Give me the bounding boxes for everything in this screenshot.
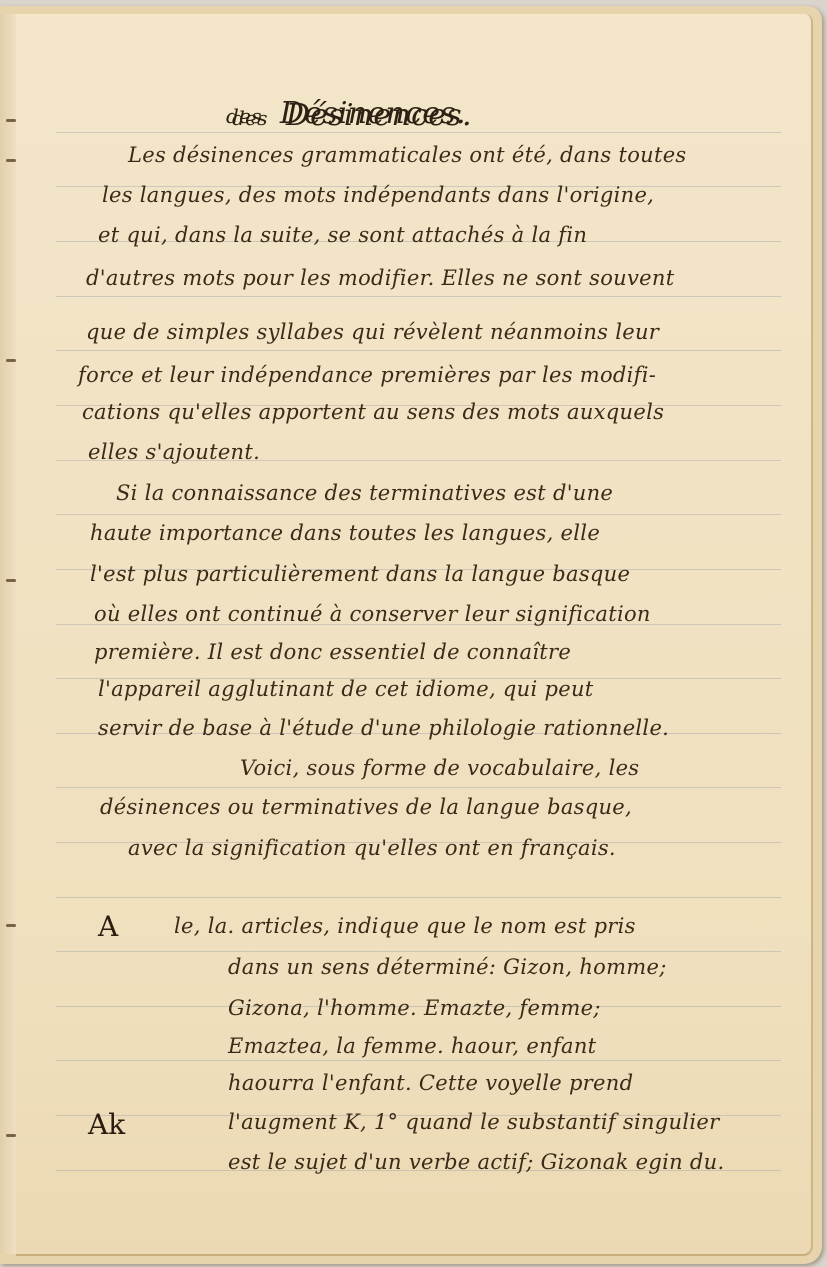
entry-a-line-2: dans un sens déterminé: Gizon, homme;	[228, 955, 667, 979]
entry-marker-a: A	[98, 910, 118, 943]
ruled-line	[56, 350, 781, 351]
paragraph-2-line-4: où elles ont continué à conserver leur s…	[94, 602, 651, 626]
paragraph-1-line-5: que de simples syllabes qui révèlent néa…	[86, 320, 659, 344]
paragraph-1-line-4: d'autres mots pour les modifier. Elles n…	[86, 266, 674, 290]
entry-ak-line-1: l'augment K, 1° quand le substantif sing…	[228, 1110, 719, 1134]
binding-stitch	[6, 1134, 16, 1137]
entry-a-line-4: Emaztea, la femme. haour, enfant	[228, 1034, 596, 1058]
ruled-line	[56, 1060, 781, 1061]
paragraph-2-line-5: première. Il est donc essentiel de conna…	[94, 640, 571, 664]
binding-stitch	[6, 159, 16, 162]
entry-a-line-3: Gizona, l'homme. Emazte, femme;	[228, 996, 601, 1020]
paragraph-1-line-8: elles s'ajoutent.	[88, 440, 260, 464]
paragraph-3-line-2: désinences ou terminatives de la langue …	[100, 795, 632, 819]
binding-stitch	[6, 924, 16, 927]
title-text-rendered: Désinences.	[286, 98, 472, 133]
paragraph-1-line-2: les langues, des mots indépendants dans …	[102, 183, 654, 207]
entry-ak-line-2: est le sujet d'un verbe actif; Gizonak e…	[228, 1150, 724, 1174]
paragraph-2-line-7: servir de base à l'étude d'une philologi…	[98, 716, 669, 740]
entry-marker-ak: Ak	[88, 1108, 125, 1141]
paragraph-2-line-1: Si la connaissance des terminatives est …	[116, 481, 613, 505]
paragraph-1-line-6: force et leur indépendance premières par…	[78, 363, 656, 387]
entry-a-line-5: haourra l'enfant. Cette voyelle prend	[228, 1071, 633, 1095]
binding-stitch	[6, 359, 16, 362]
ruled-line	[56, 897, 781, 898]
paragraph-3-line-1: Voici, sous forme de vocabulaire, les	[240, 756, 639, 780]
notebook-binding	[0, 14, 17, 1254]
paragraph-3-line-3: avec la signification qu'elles ont en fr…	[128, 836, 616, 860]
ruled-line	[56, 951, 781, 952]
binding-stitch	[6, 119, 16, 122]
page-title-rendered: desDésinences.	[232, 98, 472, 133]
title-prefix-rendered: des	[232, 106, 268, 130]
paragraph-2-line-6: l'appareil agglutinant de cet idiome, qu…	[98, 677, 594, 701]
paragraph-2-line-3: l'est plus particulièrement dans la lang…	[90, 562, 630, 586]
entry-a-line-1: le, la. articles, indique que le nom est…	[174, 914, 636, 938]
paragraph-1-line-1: Les désinences grammaticales ont été, da…	[128, 143, 687, 167]
paragraph-2-line-2: haute importance dans toutes les langues…	[90, 521, 600, 545]
ruled-line	[56, 296, 781, 297]
paragraph-1-line-7: cations qu'elles apportent au sens des m…	[82, 400, 664, 424]
ruled-line	[56, 514, 781, 515]
ruled-line	[56, 787, 781, 788]
binding-stitch	[6, 579, 16, 582]
paragraph-1-line-3: et qui, dans la suite, se sont attachés …	[98, 223, 587, 247]
